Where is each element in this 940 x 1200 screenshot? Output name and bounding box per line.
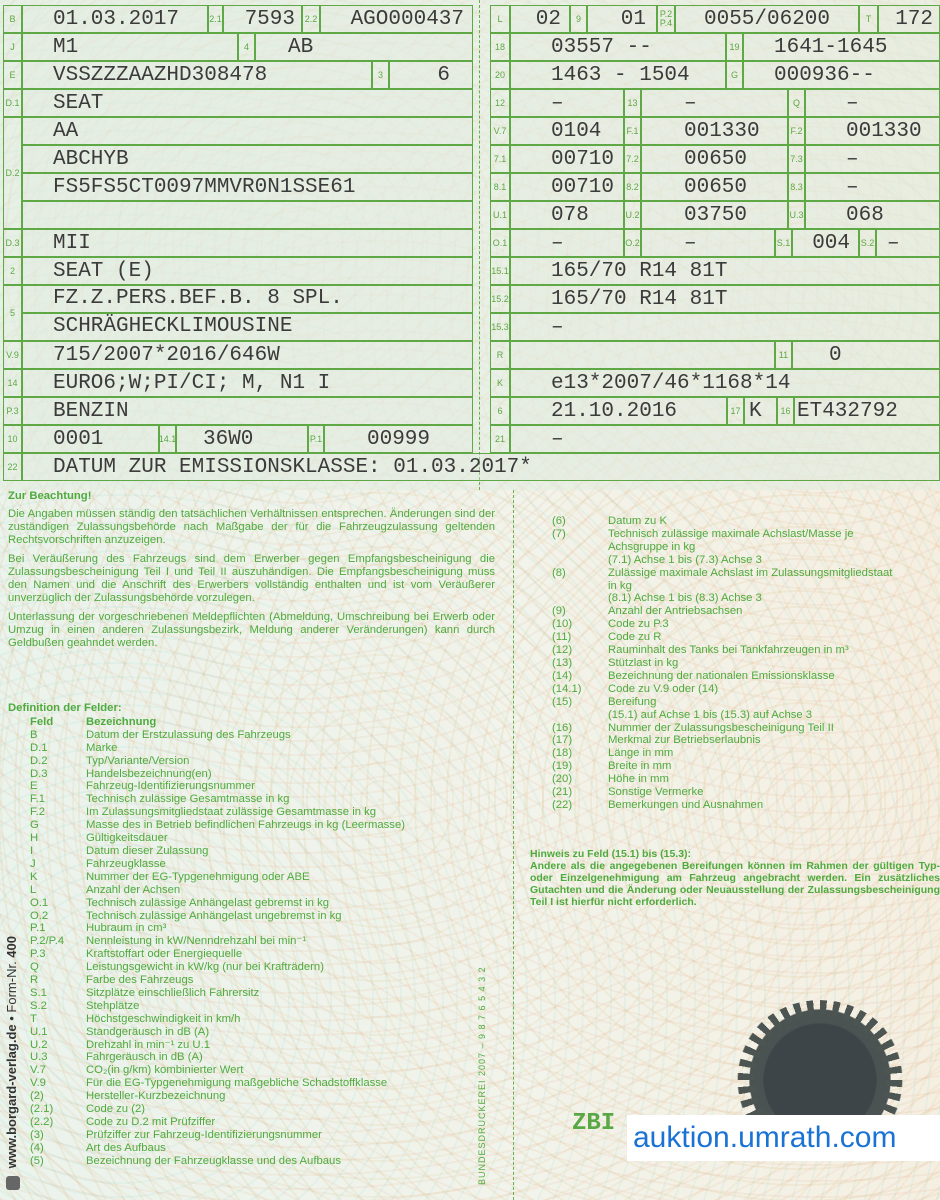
field-value-f4: AB — [255, 33, 473, 61]
definition-row: (9)Anzahl der Antriebsachsen — [552, 605, 940, 618]
definition-field-code — [552, 541, 608, 554]
definition-row: (5)Bezeichnung der Fahrzeugklasse und de… — [30, 1155, 488, 1168]
definition-row: P.1Hubraum in cm³ — [30, 922, 488, 935]
definition-field-code: S.2 — [30, 1000, 86, 1013]
field-label-k: K — [490, 369, 510, 397]
definition-row: (12)Rauminhalt des Tanks bei Tankfahrzeu… — [552, 644, 940, 657]
field-value-f2: 001330 — [805, 117, 940, 145]
definition-description: (7.1) Achse 1 bis (7.3) Achse 3 — [608, 554, 940, 567]
definition-row: V.9Für die EG-Typgenehmigung maßgebliche… — [30, 1077, 488, 1090]
field-value-f21: – — [510, 425, 940, 453]
field-value-f15_1: 165/70 R14 81T — [510, 257, 940, 285]
perforation-line — [479, 0, 481, 490]
definition-field-code: (7) — [552, 528, 608, 541]
field-label-f8_1: 8.1 — [490, 173, 510, 201]
definition-field-code: (2) — [30, 1090, 86, 1103]
definition-row: QLeistungsgewicht in kW/kg (nur bei Kraf… — [30, 961, 488, 974]
field-value-f8_1: 00710 — [510, 173, 624, 201]
field-label-f11: 11 — [775, 341, 792, 369]
definition-description: Typ/Variante/Version — [86, 755, 488, 768]
definition-description: Höchstgeschwindigkeit in km/h — [86, 1013, 488, 1026]
definition-description: Im Zulassungsmitgliedstaat zulässige Ges… — [86, 806, 488, 819]
field-value-f18: 03557 -- — [510, 33, 726, 61]
field-text: – — [551, 91, 564, 117]
field-text: AGO000437 — [351, 7, 464, 33]
notice-paragraph: Unterlassung der vorgeschriebenen Meldep… — [8, 611, 495, 650]
field-label-f15_2: 15.2 — [490, 285, 510, 313]
definition-row: D.3Handelsbezeichnung(en) — [30, 768, 488, 781]
definition-description: Datum dieser Zulassung — [86, 845, 488, 858]
definition-description: Technisch zulässige maximale Achslast/Ma… — [608, 528, 940, 541]
field-text: 165/70 R14 81T — [551, 287, 727, 313]
field-value-d3: MII — [22, 229, 473, 257]
field-label-p2p4: P.2 P.4 — [657, 5, 675, 33]
field-text: 0055/06200 — [676, 7, 858, 33]
field-value-d2-line: AA — [22, 117, 473, 145]
field-value-s1: 004 — [792, 229, 859, 257]
definition-description: Code zu P.3 — [608, 618, 940, 631]
field-label-l: L — [490, 5, 510, 33]
definition-row: (17)Merkmal zur Betriebserlaubnis — [552, 734, 940, 747]
field-text: 02 — [536, 7, 561, 33]
definition-row: RFarbe des Fahrzeugs — [30, 974, 488, 987]
notice-paragraph: Bei Veräußerung des Fahrzeugs sind dem E… — [8, 553, 495, 605]
field-text: 1641-1645 — [774, 35, 887, 61]
field-value-f7_2: 00650 — [641, 145, 788, 173]
definition-field-code: (8) — [552, 567, 608, 580]
field-value-f14_1: 36W0 — [176, 425, 308, 453]
definition-field-code: F.2 — [30, 806, 86, 819]
tyre-hint-text: Andere als die angegebenen Bereifungen k… — [530, 860, 940, 908]
definition-description: Bemerkungen und Ausnahmen — [608, 799, 940, 812]
field-label-e: E — [3, 61, 22, 89]
definition-field-code: Q — [30, 961, 86, 974]
definition-row: (11)Code zu R — [552, 631, 940, 644]
definition-row: (6)Datum zu K — [552, 515, 940, 528]
field-text: 00999 — [367, 427, 430, 453]
field-value-u2: 03750 — [641, 201, 788, 229]
field-value-f12: – — [510, 89, 624, 117]
field-value-f16: ET432792 — [794, 397, 940, 425]
field-text: 715/2007*2016/646W — [53, 343, 280, 369]
definition-row: (4)Art des Aufbaus — [30, 1142, 488, 1155]
definition-description: Anzahl der Achsen — [86, 884, 488, 897]
field-text: 03750 — [684, 203, 747, 229]
definition-description: Datum der Erstzulassung des Fahrzeugs — [86, 729, 488, 742]
field-value-s2: – — [876, 229, 940, 257]
field-label-s2: S.2 — [859, 229, 876, 257]
definition-field-code: R — [30, 974, 86, 987]
definition-row: (8)Zulässige maximale Achslast im Zulass… — [552, 567, 940, 580]
definition-row: P.2/P.4Nennleistung in kW/Nenndrehzahl b… — [30, 935, 488, 948]
field-label-d2: D.2 — [3, 117, 22, 229]
field-text: 0 — [829, 343, 842, 369]
definition-row: THöchstgeschwindigkeit in km/h — [30, 1013, 488, 1026]
definition-description: Für die EG-Typgenehmigung maßgebliche Sc… — [86, 1077, 488, 1090]
field-label-v9: V.9 — [3, 341, 22, 369]
definition-field-code: (19) — [552, 760, 608, 773]
borgard-logo-icon — [6, 1176, 20, 1190]
definition-row: (18)Länge in mm — [552, 747, 940, 760]
field-label-f10: 10 — [3, 425, 22, 453]
definition-field-code: F.1 — [30, 793, 86, 806]
definition-description: Stützlast in kg — [608, 657, 940, 670]
definition-description: Art des Aufbaus — [86, 1142, 488, 1155]
field-label-b: B — [3, 5, 22, 33]
field-text: 00650 — [684, 175, 747, 201]
field-text: – — [551, 231, 564, 257]
field-label-f2: 2 — [3, 257, 22, 285]
field-value-f17: K — [744, 397, 777, 425]
definition-field-code: P.1 — [30, 922, 86, 935]
publisher-site: www.borgard-verlag.de — [4, 1024, 19, 1168]
definition-description: Technisch zulässige Gesamtmasse in kg — [86, 793, 488, 806]
printer-strip: BUNDESDRUCKEREI 2007 – 9 8 7 6 5 4 3 2 — [477, 966, 487, 1185]
field-label-f1: F.1 — [624, 117, 641, 145]
field-text: ABCHYB — [53, 147, 129, 173]
definition-field-code: P.2/P.4 — [30, 935, 86, 948]
definition-row: U.1Standgeräusch in dB (A) — [30, 1026, 488, 1039]
definition-field-code: (18) — [552, 747, 608, 760]
field-text: 0104 — [551, 119, 601, 145]
field-label-f16: 16 — [777, 397, 794, 425]
field-value-o2: – — [641, 229, 775, 257]
definition-description: Achsgruppe in kg — [608, 541, 940, 554]
field-value-j: M1 — [22, 33, 238, 61]
definition-field-code: G — [30, 819, 86, 832]
field-text: – — [684, 231, 697, 257]
field-label-f8_2: 8.2 — [624, 173, 641, 201]
field-label-f20: 20 — [490, 61, 510, 89]
field-text: – — [551, 427, 564, 453]
field-text: 1463 - 1504 — [551, 63, 690, 89]
separator: • — [4, 1013, 19, 1025]
definition-row: (21)Sonstige Vermerke — [552, 786, 940, 799]
definition-row: (2.1)Code zu (2) — [30, 1103, 488, 1116]
definition-field-code — [552, 592, 608, 605]
definition-field-code: B — [30, 729, 86, 742]
field-label-f6: 6 — [490, 397, 510, 425]
definition-description: Standgeräusch in dB (A) — [86, 1026, 488, 1039]
definition-field-code: (5) — [30, 1155, 86, 1168]
definition-field-code — [552, 580, 608, 593]
field-text: BENZIN — [53, 399, 129, 425]
publisher-strip: www.borgard-verlag.de • Form-Nr. 400 — [4, 936, 20, 1190]
definition-field-code: K — [30, 871, 86, 884]
definition-description: Hersteller-Kurzbezeichnung — [86, 1090, 488, 1103]
definition-row: V.7CO₂(in g/km) kombinierter Wert — [30, 1064, 488, 1077]
field-text: AB — [288, 35, 313, 61]
field-value-f2: SEAT (E) — [22, 257, 473, 285]
field-label-f17: 17 — [727, 397, 744, 425]
field-value-g: 000936-- — [743, 61, 940, 89]
field-label-p3: P.3 — [3, 397, 22, 425]
field-text: MII — [53, 231, 91, 257]
field-value-t: 172 — [878, 5, 940, 33]
definition-row: (16)Nummer der Zulassungsbescheinigung T… — [552, 722, 940, 735]
field-value-f19: 1641-1645 — [743, 33, 940, 61]
field-value-r — [510, 341, 775, 369]
definition-row: (7)Technisch zulässige maximale Achslast… — [552, 528, 940, 541]
definition-description: Code zu D.2 mit Prüfziffer — [86, 1116, 488, 1129]
field-value-p1: 00999 — [324, 425, 473, 453]
field-value-d2-line: ABCHYB — [22, 145, 473, 173]
definition-row: F.2Im Zulassungsmitgliedstaat zulässige … — [30, 806, 488, 819]
definition-description: Datum zu K — [608, 515, 940, 528]
field-text: 00650 — [684, 147, 747, 173]
definition-description: Hubraum in cm³ — [86, 922, 488, 935]
field-value-f8_2: 00650 — [641, 173, 788, 201]
definition-description: Stehplätze — [86, 1000, 488, 1013]
field-value-l: 02 — [510, 5, 570, 33]
field-value-5-line: FZ.Z.PERS.BEF.B. 8 SPL. — [22, 285, 473, 313]
field-text: 6 — [437, 63, 450, 89]
definition-field-code: (11) — [552, 631, 608, 644]
definition-row: in kg — [552, 580, 940, 593]
watermark-text: auktion.umrath.com — [627, 1115, 940, 1161]
field-value-d2-line: FS5FS5CT0097MMVR0N1SSE61 — [22, 173, 473, 201]
field-label-f7_2: 7.2 — [624, 145, 641, 173]
definition-row: (2.2)Code zu D.2 mit Prüfziffer — [30, 1116, 488, 1129]
definition-row: HGültigkeitsdauer — [30, 832, 488, 845]
field-text: FS5FS5CT0097MMVR0N1SSE61 — [53, 175, 355, 201]
field-text: 001330 — [846, 119, 922, 145]
definition-field-code: D.1 — [30, 742, 86, 755]
definition-field-code: U.1 — [30, 1026, 86, 1039]
definition-description: Länge in mm — [608, 747, 940, 760]
definition-row: F.1Technisch zulässige Gesamtmasse in kg — [30, 793, 488, 806]
field-text: 03557 -- — [551, 35, 652, 61]
definition-description: Bereifung — [608, 696, 940, 709]
field-label-r: R — [490, 341, 510, 369]
field-text: 068 — [846, 203, 884, 229]
definition-row: S.2Stehplätze — [30, 1000, 488, 1013]
field-text: – — [846, 175, 859, 201]
field-text: K — [749, 399, 762, 425]
definition-row: (15)Bereifung — [552, 696, 940, 709]
definition-description: Sitzplätze einschließlich Fahrersitz — [86, 987, 488, 1000]
definition-row: (14)Bezeichnung der nationalen Emissions… — [552, 670, 940, 683]
field-value-f9: 01 — [587, 5, 657, 33]
field-text: 001330 — [684, 119, 760, 145]
field-text: EURO6;W;PI/CI; M, N1 I — [53, 371, 330, 397]
notice-heading: Zur Beachtung! — [8, 490, 495, 503]
field-text: 165/70 R14 81T — [551, 259, 727, 285]
definition-description: Code zu (2) — [86, 1103, 488, 1116]
definition-description: (8.1) Achse 1 bis (8.3) Achse 3 — [608, 592, 940, 605]
field-label-f2_1: 2.1 — [208, 5, 223, 33]
field-value-f20: 1463 - 1504 — [510, 61, 726, 89]
field-value-f2_2: AGO000437 — [320, 5, 473, 33]
form-number: 400 — [4, 936, 19, 958]
field-label-f18: 18 — [490, 33, 510, 61]
definition-description: Bezeichnung der nationalen Emissionsklas… — [608, 670, 940, 683]
field-label-f8_3: 8.3 — [788, 173, 805, 201]
definition-field-code: (15) — [552, 696, 608, 709]
field-value-v9: 715/2007*2016/646W — [22, 341, 473, 369]
definitions-left: Definition der Felder: Feld Bezeichnung … — [8, 702, 488, 1168]
definitions-heading: Definition der Felder: — [8, 702, 488, 715]
definition-field-code: (21) — [552, 786, 608, 799]
definition-row: (13)Stützlast in kg — [552, 657, 940, 670]
definitions-column-headers: Feld Bezeichnung — [8, 716, 488, 729]
definition-description: Fahrzeug-Identifizierungsnummer — [86, 780, 488, 793]
definition-row: U.3Fahrgeräusch in dB (A) — [30, 1051, 488, 1064]
definition-row: Achsgruppe in kg — [552, 541, 940, 554]
column-header-description: Bezeichnung — [86, 716, 488, 729]
definition-description: Masse des in Betrieb befindlichen Fahrze… — [86, 819, 488, 832]
definition-description: Technisch zulässige Anhängelast ungebrem… — [86, 910, 488, 923]
definition-description: CO₂(in g/km) kombinierter Wert — [86, 1064, 488, 1077]
field-value-f14: EURO6;W;PI/CI; M, N1 I — [22, 369, 473, 397]
definition-description: Leistungsgewicht in kW/kg (nur bei Kraft… — [86, 961, 488, 974]
column-divider — [513, 490, 514, 1200]
field-text: 00710 — [551, 147, 614, 173]
field-label-p1: P.1 — [308, 425, 324, 453]
definition-row: S.1Sitzplätze einschließlich Fahrersitz — [30, 987, 488, 1000]
field-label-o2: O.2 — [624, 229, 641, 257]
definition-description: Farbe des Fahrzeugs — [86, 974, 488, 987]
definition-row: (2)Hersteller-Kurzbezeichnung — [30, 1090, 488, 1103]
field-text: ET432792 — [797, 399, 898, 425]
definition-field-code: (16) — [552, 722, 608, 735]
definition-field-code: D.3 — [30, 768, 86, 781]
field-label-f7_3: 7.3 — [788, 145, 805, 173]
field-text: 0001 — [53, 427, 103, 453]
definition-field-code: P.3 — [30, 948, 86, 961]
field-label-s1: S.1 — [775, 229, 792, 257]
field-label-u1: U.1 — [490, 201, 510, 229]
definition-row: BDatum der Erstzulassung des Fahrzeugs — [30, 729, 488, 742]
field-value-f10: 0001 — [22, 425, 159, 453]
definition-field-code: (22) — [552, 799, 608, 812]
definition-description: Bezeichnung der Fahrzeugklasse und des A… — [86, 1155, 488, 1168]
definition-description: Nennleistung in kW/Nenndrehzahl bei min⁻… — [86, 935, 488, 948]
field-text: 00710 — [551, 175, 614, 201]
definition-field-code: S.1 — [30, 987, 86, 1000]
definition-field-code — [552, 554, 608, 567]
definition-field-code: (9) — [552, 605, 608, 618]
field-label-v7: V.7 — [490, 117, 510, 145]
field-text: – — [846, 147, 859, 173]
field-value-f6: 21.10.2016 — [510, 397, 727, 425]
definition-description: Gültigkeitsdauer — [86, 832, 488, 845]
definition-row: LAnzahl der Achsen — [30, 884, 488, 897]
definition-row: KNummer der EG-Typgenehmigung oder ABE — [30, 871, 488, 884]
definition-row: GMasse des in Betrieb befindlichen Fahrz… — [30, 819, 488, 832]
field-label-q: Q — [788, 89, 805, 117]
definition-field-code — [552, 709, 608, 722]
field-label-f15_3: 15.3 — [490, 313, 510, 341]
field-text: – — [551, 315, 564, 341]
definition-description: in kg — [608, 580, 940, 593]
definition-field-code: (14.1) — [552, 683, 608, 696]
field-label-f2: F.2 — [788, 117, 805, 145]
definition-description: Rauminhalt des Tanks bei Tankfahrzeugen … — [608, 644, 940, 657]
definition-field-code: T — [30, 1013, 86, 1026]
definition-row: O.2Technisch zulässige Anhängelast ungeb… — [30, 910, 488, 923]
field-value-d2-line — [22, 201, 473, 229]
field-label-j: J — [3, 33, 22, 61]
definition-field-code: (4) — [30, 1142, 86, 1155]
definition-field-code: (13) — [552, 657, 608, 670]
field-text: DATUM ZUR EMISSIONSKLASSE: 01.03.2017* — [53, 455, 532, 481]
definition-row: (15.1) auf Achse 1 bis (15.3) auf Achse … — [552, 709, 940, 722]
field-text: – — [887, 231, 900, 257]
field-text: FZ.Z.PERS.BEF.B. 8 SPL. — [53, 286, 343, 312]
field-label-g: G — [726, 61, 743, 89]
field-label-o1: O.1 — [490, 229, 510, 257]
field-text: VSSZZZAAZHD308478 — [53, 63, 267, 89]
definition-description: Anzahl der Antriebsachsen — [608, 605, 940, 618]
field-value-q: – — [805, 89, 940, 117]
field-label-f21: 21 — [490, 425, 510, 453]
definition-field-code: U.2 — [30, 1039, 86, 1052]
definition-field-code: (2.1) — [30, 1103, 86, 1116]
definition-description: Marke — [86, 742, 488, 755]
field-value-f15_2: 165/70 R14 81T — [510, 285, 940, 313]
field-value-f3: 6 — [389, 61, 473, 89]
definition-row: IDatum dieser Zulassung — [30, 845, 488, 858]
definition-row: P.3Kraftstoffart oder Energiequelle — [30, 948, 488, 961]
definitions-right: (6)Datum zu K(7)Technisch zulässige maxi… — [552, 515, 940, 812]
tyre-hint: Hinweis zu Feld (15.1) bis (15.3): Ander… — [530, 848, 940, 908]
definition-row: (7.1) Achse 1 bis (7.3) Achse 3 — [552, 554, 940, 567]
definition-field-code: V.7 — [30, 1064, 86, 1077]
definition-description: Drehzahl in min⁻¹ zu U.1 — [86, 1039, 488, 1052]
definition-description: Breite in mm — [608, 760, 940, 773]
field-label-t: T — [859, 5, 878, 33]
field-value-f22: DATUM ZUR EMISSIONSKLASSE: 01.03.2017* — [22, 453, 940, 481]
definition-row: (8.1) Achse 1 bis (8.3) Achse 3 — [552, 592, 940, 605]
field-value-f7_3: – — [805, 145, 940, 173]
definition-description: Code zu V.9 oder (14) — [608, 683, 940, 696]
field-value-f2_1: 7593 — [223, 5, 302, 33]
definition-description: (15.1) auf Achse 1 bis (15.3) auf Achse … — [608, 709, 940, 722]
field-text: 172 — [895, 7, 933, 33]
field-label-u2: U.2 — [624, 201, 641, 229]
definition-field-code: (14) — [552, 670, 608, 683]
field-label-f14: 14 — [3, 369, 22, 397]
field-value-5-line: SCHRÄGHECKLIMOUSINE — [22, 313, 473, 341]
field-text: 004 — [812, 231, 850, 257]
definition-row: (10)Code zu P.3 — [552, 618, 940, 631]
definition-field-code: E — [30, 780, 86, 793]
field-value-f1: 001330 — [641, 117, 788, 145]
definition-description: Fahrgeräusch in dB (A) — [86, 1051, 488, 1064]
field-text: 078 — [551, 203, 589, 229]
field-value-k: e13*2007/46*1168*14 — [510, 369, 940, 397]
document-code: ZBI — [572, 1110, 615, 1137]
field-label-f9: 9 — [570, 5, 587, 33]
definition-field-code: U.3 — [30, 1051, 86, 1064]
field-value-p3: BENZIN — [22, 397, 473, 425]
definition-field-code: (3) — [30, 1129, 86, 1142]
field-value-u1: 078 — [510, 201, 624, 229]
notice-section: Zur Beachtung! Die Angaben müssen ständi… — [8, 490, 495, 656]
field-text: – — [846, 91, 859, 117]
field-value-v7: 0104 — [510, 117, 624, 145]
field-value-p2p4: 0055/06200 — [675, 5, 859, 33]
definition-field-code: (6) — [552, 515, 608, 528]
field-value-d1: SEAT — [22, 89, 473, 117]
definition-field-code: V.9 — [30, 1077, 86, 1090]
field-value-b: 01.03.2017 — [22, 5, 208, 33]
field-text: 36W0 — [203, 427, 253, 453]
field-label-f13: 13 — [624, 89, 641, 117]
field-value-f7_1: 00710 — [510, 145, 624, 173]
field-label-f14_1: 14.1 — [159, 425, 176, 453]
